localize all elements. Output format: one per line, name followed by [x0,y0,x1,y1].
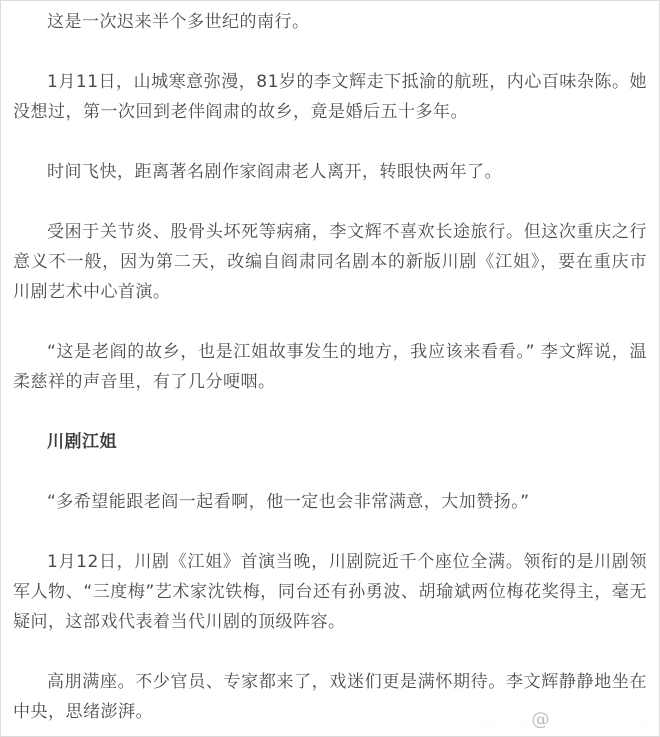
paragraph-arrival: 1月11日，山城寒意弥漫，81岁的李文辉走下抵渝的航班，内心百味杂陈。她没想过，… [13,67,647,127]
paragraph-opening: 这是一次迟来半个多世纪的南行。 [13,7,647,37]
paragraph-quote-hometown: “这是老阎的故乡，也是江姐故事发生的地方，我应该来看看。” 李文辉说，温柔慈祥的… [13,337,647,397]
paragraph-trip-reason: 受困于关节炎、股骨头坏死等病痛，李文辉不喜欢长途旅行。但这次重庆之行意义不一般，… [13,217,647,307]
paragraph-time: 时间飞快，距离著名剧作家阎肃老人离开，转眼快两年了。 [13,157,647,187]
sohu-watermark: 搜狐号@佳琪侃娱乐 [471,707,651,731]
article-page: 这是一次迟来半个多世纪的南行。 1月11日，山城寒意弥漫，81岁的李文辉走下抵渝… [0,0,660,737]
paragraph-premiere: 1月12日，川剧《江姐》首演当晚，川剧院近千个座位全满。领衔的是川剧领军人物、“… [13,547,647,637]
paragraph-quote-wish: “多希望能跟老阎一起看啊，他一定也会非常满意，大加赞扬。” [13,487,647,517]
section-heading: 川剧江姐 [13,427,647,457]
article-body: 这是一次迟来半个多世纪的南行。 1月11日，山城寒意弥漫，81岁的李文辉走下抵渝… [1,1,659,727]
